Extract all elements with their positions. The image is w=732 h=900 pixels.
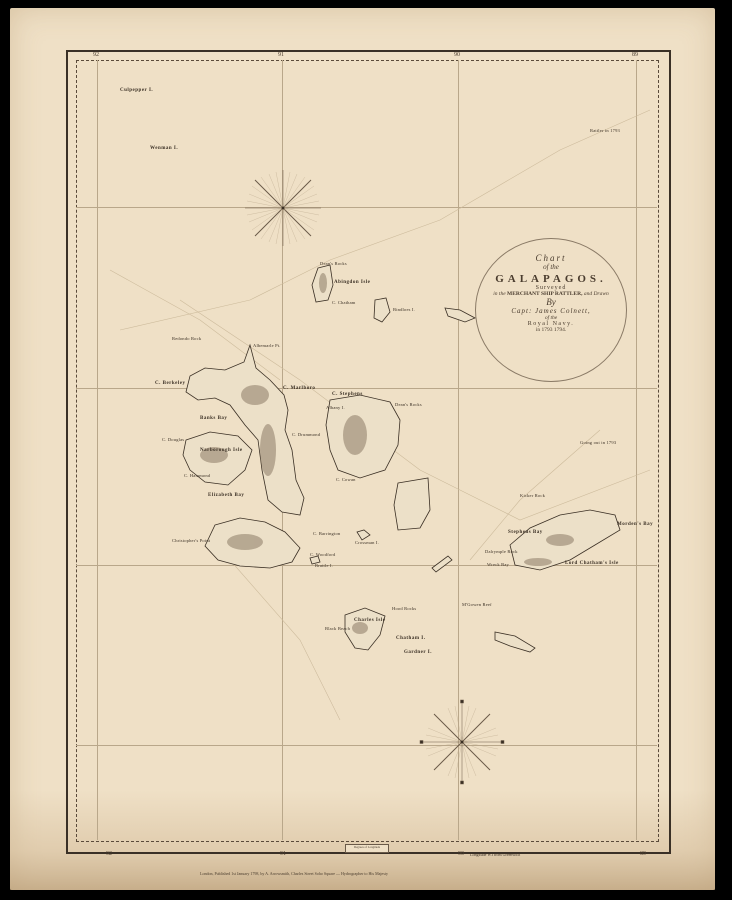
label-kicker-rock: Kicker Rock bbox=[520, 493, 545, 498]
label-bindloes: Bindloes I. bbox=[393, 307, 415, 312]
label-wenman: Wenman I. bbox=[150, 146, 178, 151]
label-christophers-point: Christopher's Point bbox=[172, 538, 210, 543]
barrington-isle bbox=[357, 530, 370, 540]
title-cartouche: Chart of the GALAPAGOS. Surveyed in the … bbox=[475, 238, 627, 382]
label-c-woodford: C. Woodford bbox=[310, 552, 336, 557]
label-stephens-bay: Stephens Bay bbox=[508, 530, 543, 535]
label-chatham-i: Chatham I. bbox=[396, 636, 425, 641]
bindloes-isle bbox=[374, 298, 390, 322]
label-track-2: Going out in 1793 bbox=[580, 440, 616, 445]
cartouche-by: By bbox=[476, 297, 626, 307]
crossman-isle bbox=[432, 556, 452, 572]
label-m-gowen-reef: M'Gowen Reef bbox=[462, 602, 492, 607]
label-lord-chathams-isle: Lord Chatham's Isle bbox=[565, 561, 619, 566]
label-albemarle-pt: Albemarle Pt. bbox=[253, 343, 281, 348]
label-brattle: Brattle I. bbox=[315, 563, 333, 568]
label-mordens-bay: Morden's Bay bbox=[617, 522, 653, 527]
label-dalrymple-rock: Dalrymple Rock bbox=[485, 549, 518, 554]
label-abingdon: Abingdon Isle bbox=[334, 280, 370, 285]
label-c-stephens: C. Stephens bbox=[332, 392, 363, 397]
label-track-1: Rattler in 1793 bbox=[590, 128, 620, 133]
label-wreck-bay: Wreck Bay bbox=[487, 562, 509, 567]
label-black-beach: Black Beach bbox=[325, 626, 350, 631]
cartouche-chart: Chart bbox=[476, 253, 626, 263]
tower-isle bbox=[445, 308, 475, 322]
label-hood-rocks: Hood Rocks bbox=[392, 606, 416, 611]
label-redondo: Redondo Rock bbox=[172, 336, 201, 341]
label-c-marlboro: C. Marlboro bbox=[283, 386, 315, 391]
label-redondo-north: Dean's Rocks bbox=[320, 261, 347, 266]
compass-rose-north bbox=[245, 170, 321, 246]
cartouche-date: in 1793 1794. bbox=[476, 327, 626, 333]
norfolk-isle bbox=[394, 478, 430, 530]
label-gardner: Gardner I. bbox=[404, 650, 432, 655]
hood-isle bbox=[495, 632, 535, 652]
map-drawing bbox=[0, 0, 732, 900]
label-culpepper: Culpepper I. bbox=[120, 88, 153, 93]
label-c-drummond: C. Drummond bbox=[292, 432, 320, 437]
label-c-chatham: C. Chatham bbox=[332, 300, 356, 305]
cartouche-author: Capt: James Colnett, bbox=[476, 307, 626, 315]
label-c-cowan: C. Cowan bbox=[336, 477, 356, 482]
label-albany: Albany I. bbox=[326, 405, 345, 410]
albemarle-isle bbox=[186, 345, 304, 515]
compass-rose-south bbox=[420, 700, 504, 784]
cartouche-title: GALAPAGOS. bbox=[476, 273, 626, 285]
cartouche-of-the: of the bbox=[476, 263, 626, 271]
label-charles-isle: Charles Isle bbox=[354, 618, 385, 623]
label-crossman: Crossman I. bbox=[355, 540, 379, 545]
label-c-berkeley: C. Berkeley bbox=[155, 381, 186, 386]
cartouche-ship-name: MERCHANT SHIP RATTLER, bbox=[507, 291, 582, 297]
label-elizabeth-bay: Elizabeth Bay bbox=[208, 493, 244, 498]
label-c-hammond: C. Hammond bbox=[184, 473, 210, 478]
label-c-douglas: C. Douglas bbox=[162, 437, 184, 442]
label-dean-rocks: Dean's Rocks bbox=[395, 402, 422, 407]
label-narborough: Narborough Isle bbox=[200, 448, 243, 453]
label-banks-bay: Banks Bay bbox=[200, 416, 227, 421]
label-c-barrington: C. Barrington bbox=[313, 531, 340, 536]
